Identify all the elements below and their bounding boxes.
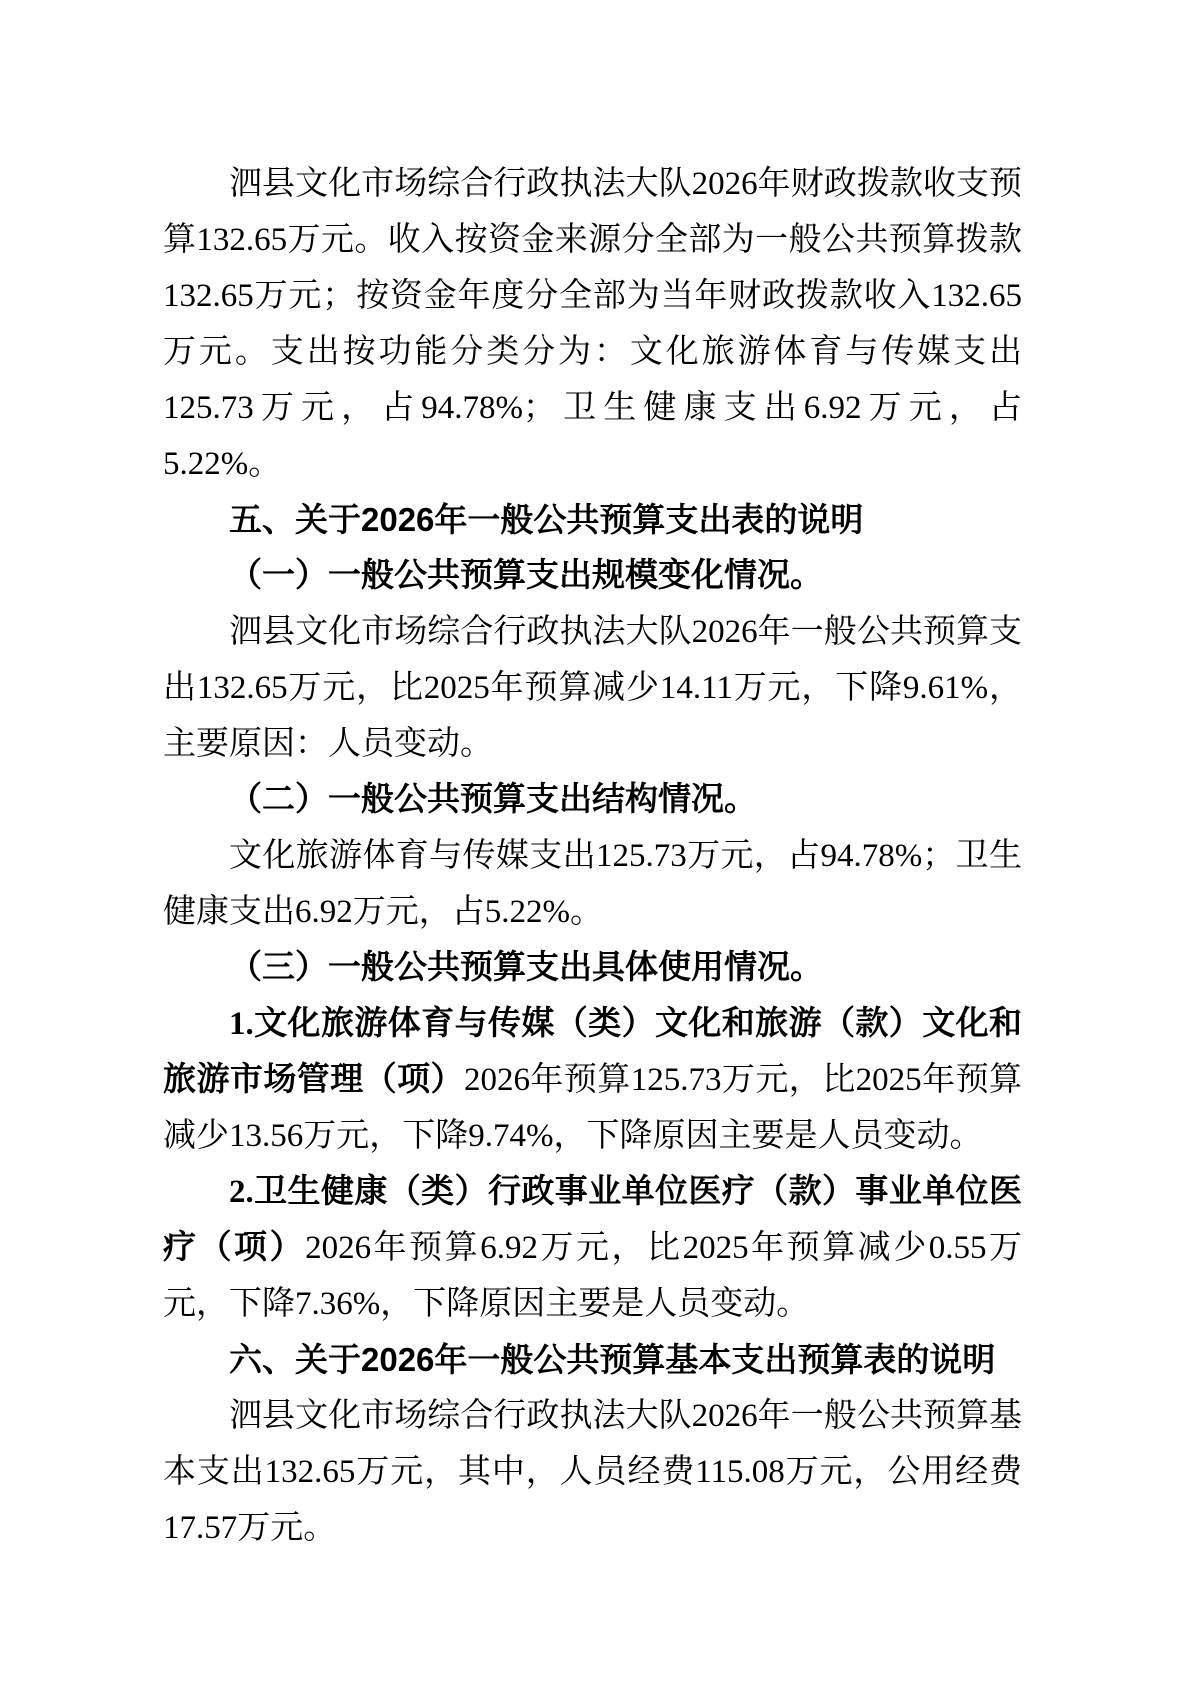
paragraph-expenditure-item-1: 1.文化旅游体育与传媒（类）文化和旅游（款）文化和旅游市场管理（项）2026年预… [163, 996, 1022, 1164]
sub-heading-three: （三）一般公共预算支出具体使用情况。 [163, 940, 1022, 996]
paragraph-fiscal-appropriation-overview: 泗县文化市场综合行政执法大队2026年财政拨款收支预算132.65万元。收入按资… [163, 156, 1022, 492]
section-heading-five: 五、关于2026年一般公共预算支出表的说明 [163, 492, 1022, 548]
paragraph-basic-expenditure: 泗县文化市场综合行政执法大队2026年一般公共预算基本支出132.65万元，其中… [163, 1388, 1022, 1556]
document-page: 泗县文化市场综合行政执法大队2026年财政拨款收支预算132.65万元。收入按资… [0, 0, 1190, 1684]
section-heading-six: 六、关于2026年一般公共预算基本支出预算表的说明 [163, 1332, 1022, 1388]
paragraph-expenditure-item-2: 2.卫生健康（类）行政事业单位医疗（款）事业单位医疗（项）2026年预算6.92… [163, 1164, 1022, 1332]
sub-heading-two: （二）一般公共预算支出结构情况。 [163, 772, 1022, 828]
sub-heading-one: （一）一般公共预算支出规模变化情况。 [163, 548, 1022, 604]
paragraph-expenditure-scale-change: 泗县文化市场综合行政执法大队2026年一般公共预算支出132.65万元，比202… [163, 604, 1022, 772]
document-body: 泗县文化市场综合行政执法大队2026年财政拨款收支预算132.65万元。收入按资… [163, 156, 1022, 1556]
paragraph-expenditure-structure: 文化旅游体育与传媒支出125.73万元，占94.78%；卫生健康支出6.92万元… [163, 828, 1022, 940]
